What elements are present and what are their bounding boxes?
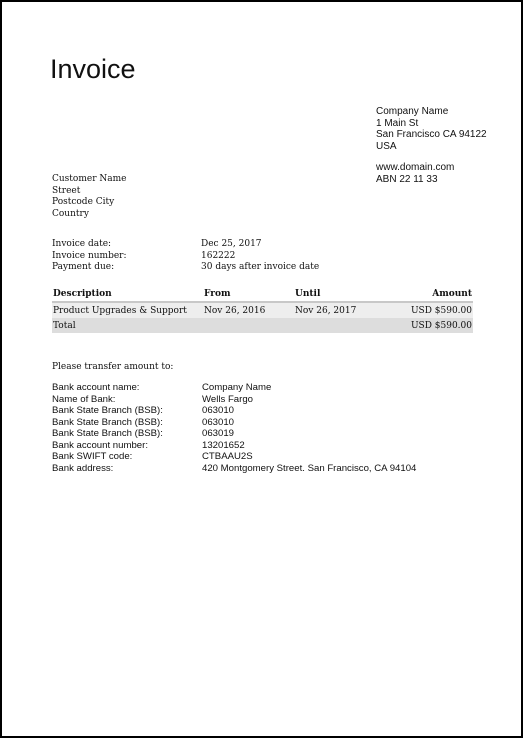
company-city: San Francisco CA 94122 (376, 129, 487, 141)
invoice-page: Invoice Company Name 1 Main St San Franc… (0, 0, 523, 738)
company-name: Company Name (376, 106, 487, 118)
bank-detail-value: CTBAAU2S (202, 451, 253, 463)
company-website: www.domain.com (376, 162, 487, 174)
customer-postcode-city: Postcode City (52, 197, 126, 209)
bank-detail-value: 420 Montgomery Street. San Francisco, CA… (202, 463, 416, 475)
company-street: 1 Main St (376, 118, 487, 130)
line-items-table: Description From Until Amount Product Up… (52, 287, 473, 333)
company-country: USA (376, 141, 487, 153)
bank-detail-row: Bank account name: Company Name (52, 382, 416, 394)
table-row: Product Upgrades & Support Nov 26, 2016 … (52, 302, 473, 318)
meta-value: 30 days after invoice date (201, 262, 319, 274)
total-row: Total USD $590.00 (52, 318, 473, 333)
meta-row-invoice-number: Invoice number: 162222 (52, 251, 319, 263)
customer-address-block: Customer Name Street Postcode City Count… (52, 174, 126, 220)
column-header-description: Description (52, 287, 203, 302)
bank-detail-row: Bank account number: 13201652 (52, 440, 416, 452)
bank-detail-label: Bank State Branch (BSB): (52, 428, 202, 440)
bank-detail-row: Name of Bank: Wells Fargo (52, 394, 416, 406)
customer-street: Street (52, 186, 126, 198)
company-address-block: Company Name 1 Main St San Francisco CA … (376, 106, 487, 185)
meta-label: Invoice number: (52, 251, 201, 263)
meta-label: Invoice date: (52, 239, 201, 251)
bank-detail-row: Bank SWIFT code: CTBAAU2S (52, 451, 416, 463)
bank-detail-value: Company Name (202, 382, 271, 394)
customer-name: Customer Name (52, 174, 126, 186)
bank-detail-label: Bank SWIFT code: (52, 451, 202, 463)
bank-detail-value: 063010 (202, 405, 234, 417)
total-amount: USD $590.00 (386, 318, 473, 333)
cell-description: Product Upgrades & Support (52, 302, 203, 318)
bank-detail-label: Name of Bank: (52, 394, 202, 406)
bank-detail-label: Bank State Branch (BSB): (52, 405, 202, 417)
bank-detail-value: Wells Fargo (202, 394, 253, 406)
bank-detail-row: Bank State Branch (BSB): 063010 (52, 405, 416, 417)
customer-country: Country (52, 209, 126, 221)
meta-value: 162222 (201, 251, 235, 263)
cell-until: Nov 26, 2017 (294, 302, 386, 318)
company-abn: ABN 22 11 33 (376, 174, 487, 186)
payment-intro: Please transfer amount to: (52, 362, 173, 372)
column-header-amount: Amount (386, 287, 473, 302)
bank-detail-value: 063010 (202, 417, 234, 429)
bank-detail-row: Bank State Branch (BSB): 063010 (52, 417, 416, 429)
bank-detail-row: Bank State Branch (BSB): 063019 (52, 428, 416, 440)
bank-detail-value: 13201652 (202, 440, 245, 452)
meta-value: Dec 25, 2017 (201, 239, 262, 251)
bank-detail-row: Bank address: 420 Montgomery Street. San… (52, 463, 416, 475)
meta-row-invoice-date: Invoice date: Dec 25, 2017 (52, 239, 319, 251)
column-header-from: From (203, 287, 294, 302)
invoice-title: Invoice (50, 54, 136, 85)
meta-row-payment-due: Payment due: 30 days after invoice date (52, 262, 319, 274)
bank-detail-label: Bank account number: (52, 440, 202, 452)
cell-from: Nov 26, 2016 (203, 302, 294, 318)
total-label: Total (52, 318, 203, 333)
bank-detail-label: Bank address: (52, 463, 202, 475)
bank-detail-label: Bank account name: (52, 382, 202, 394)
table-header-row: Description From Until Amount (52, 287, 473, 302)
invoice-meta: Invoice date: Dec 25, 2017 Invoice numbe… (52, 239, 319, 274)
bank-detail-value: 063019 (202, 428, 234, 440)
cell-amount: USD $590.00 (386, 302, 473, 318)
bank-detail-label: Bank State Branch (BSB): (52, 417, 202, 429)
column-header-until: Until (294, 287, 386, 302)
bank-details: Bank account name: Company Name Name of … (52, 382, 416, 474)
meta-label: Payment due: (52, 262, 201, 274)
